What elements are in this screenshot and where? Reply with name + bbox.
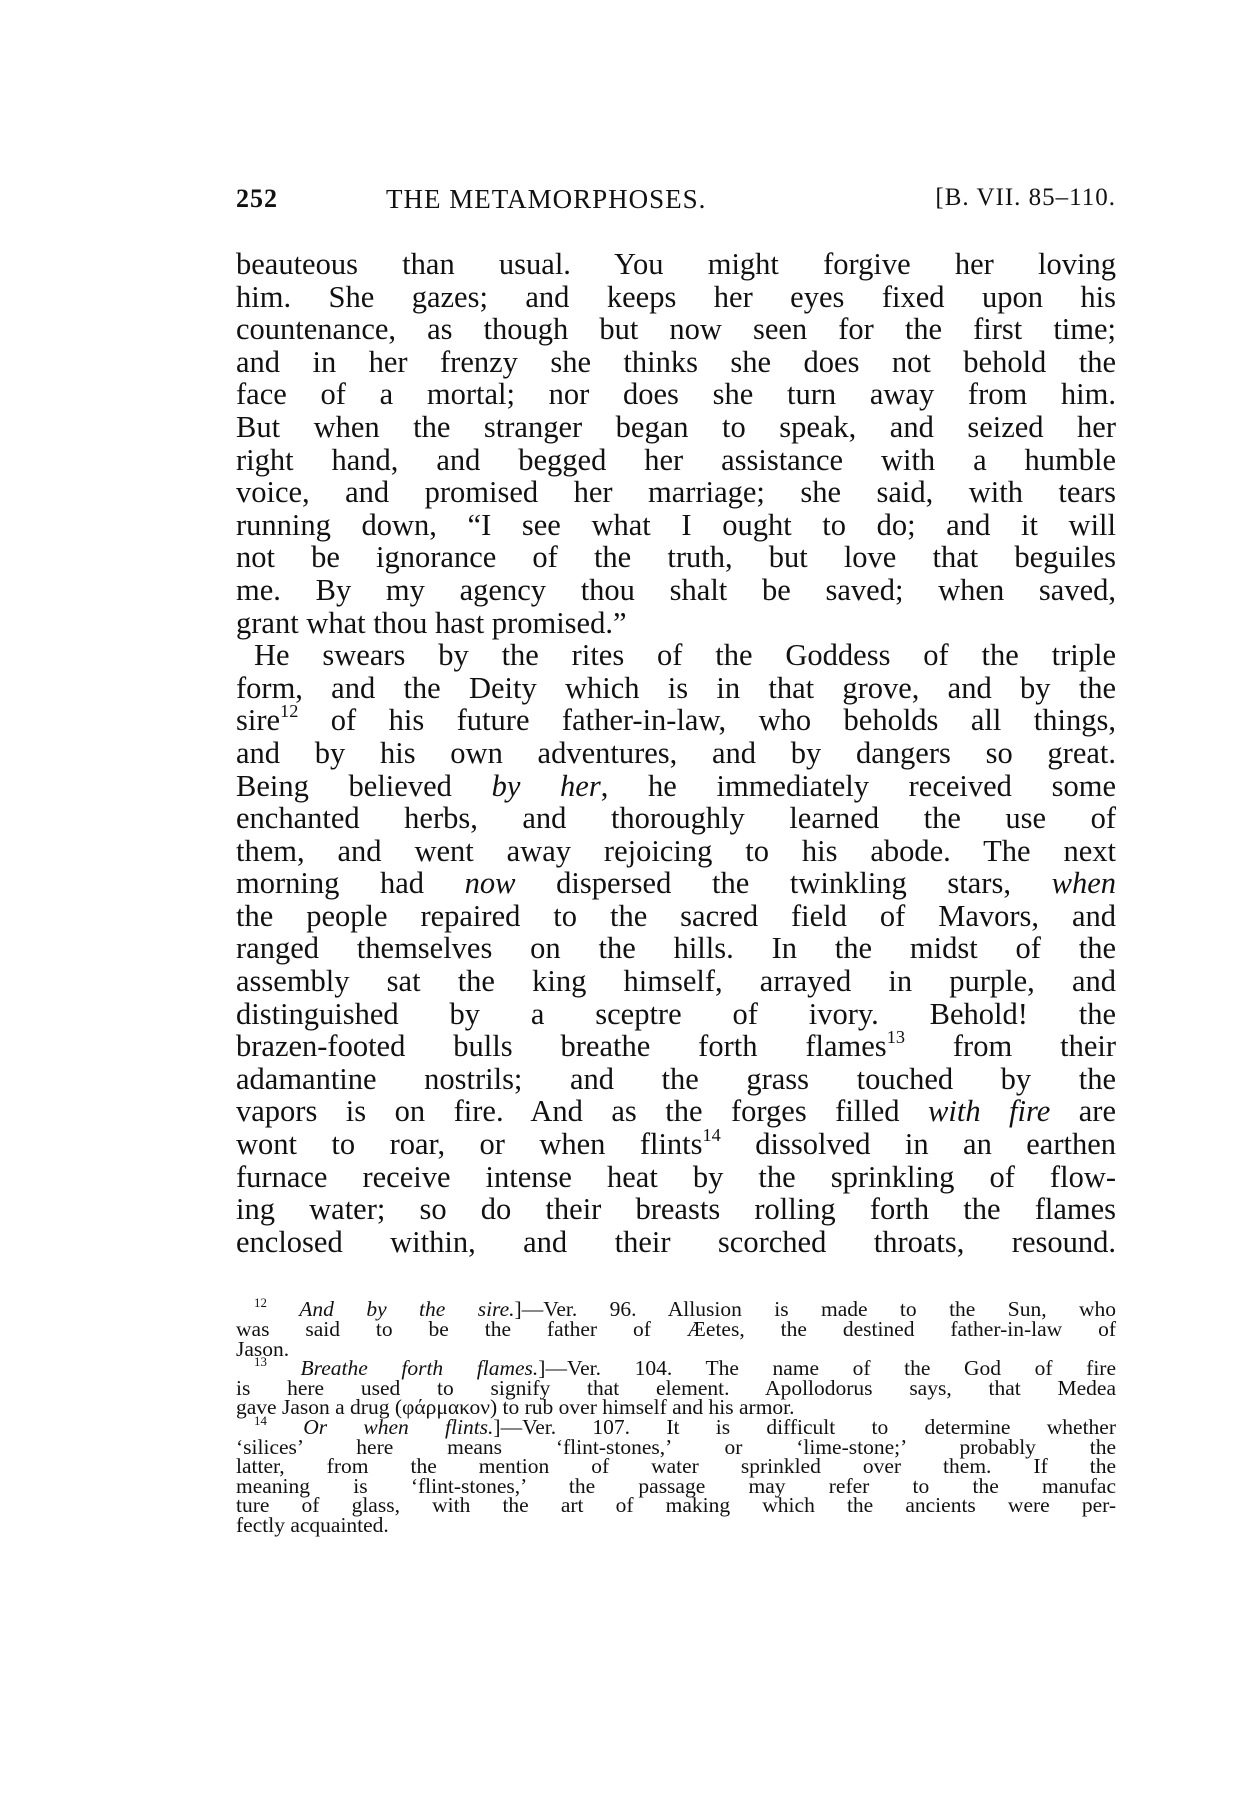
body-line: voice, and promised her marriage; she sa… <box>236 476 1116 509</box>
text-run: from their <box>905 1029 1116 1063</box>
footnote-line: was said to be the father of Æetes, the … <box>236 1320 1116 1340</box>
text-run: brazen-footed bulls breathe forth flames <box>236 1029 887 1063</box>
body-line: and in her frenzy she thinks she does no… <box>236 346 1116 379</box>
body-line: But when the stranger began to speak, an… <box>236 411 1116 444</box>
body-line: sire12 of his future father-in-law, who … <box>236 704 1116 737</box>
body-line: morning had now dispersed the twinkling … <box>236 867 1116 900</box>
body-line: ing water; so do their breasts rolling f… <box>236 1193 1116 1226</box>
body-line: brazen-footed bulls breathe forth flames… <box>236 1030 1116 1063</box>
body-line: beauteous than usual. You might forgive … <box>236 248 1116 281</box>
footnote-number: 12 <box>254 1296 267 1310</box>
text-run: Being believed <box>236 769 492 803</box>
italic-run: now <box>465 866 516 900</box>
text-run: sire <box>236 703 280 737</box>
text-run: , he immediately received some <box>601 769 1116 803</box>
body-line: the people repaired to the sacred field … <box>236 900 1116 933</box>
body-line: distinguished by a sceptre of ivory. Beh… <box>236 998 1116 1031</box>
footnote-ref-14[interactable]: 14 <box>703 1125 721 1145</box>
body-line: ranged themselves on the hills. In the m… <box>236 932 1116 965</box>
body-line: enchanted herbs, and thoroughly learned … <box>236 802 1116 835</box>
italic-run: by her <box>492 769 601 803</box>
footnote-line: fectly acquainted. <box>236 1516 1116 1536</box>
body-line: assembly sat the king himself, arrayed i… <box>236 965 1116 998</box>
book-page: 252 THE METAMORPHOSES. [B. VII. 85–110. … <box>236 170 1116 1536</box>
body-line: countenance, as though but now seen for … <box>236 313 1116 346</box>
body-line: not be ignorance of the truth, but love … <box>236 541 1116 574</box>
footnote-13: 13 Breathe forth flames.]—Ver. 104. The … <box>236 1359 1116 1418</box>
running-head: 252 THE METAMORPHOSES. [B. VII. 85–110. <box>236 170 1116 220</box>
body-line: furnace receive intense heat by the spri… <box>236 1161 1116 1194</box>
body-line: vapors is on fire. And as the forges fil… <box>236 1095 1116 1128</box>
text-run: of his future father-in-law, who beholds… <box>298 703 1116 737</box>
body-line: Being believed by her, he immediately re… <box>236 770 1116 803</box>
paragraph-start-line: He swears by the rites of the Goddess of… <box>236 639 1116 672</box>
footnote-ref-12[interactable]: 12 <box>280 702 298 722</box>
body-line: him. She gazes; and keeps her eyes fixed… <box>236 281 1116 314</box>
body-line: right hand, and begged her assistance wi… <box>236 444 1116 477</box>
running-title: THE METAMORPHOSES. <box>386 184 706 215</box>
body-line: wont to roar, or when flints14 dissolved… <box>236 1128 1116 1161</box>
body-line: face of a mortal; nor does she turn away… <box>236 378 1116 411</box>
body-line: and by his own adventures, and by danger… <box>236 737 1116 770</box>
book-verse-range: [B. VII. 85–110. <box>935 184 1116 212</box>
text-run: are <box>1050 1094 1116 1128</box>
footnote-12: 12 And by the sire.]—Ver. 96. Allusion i… <box>236 1300 1116 1359</box>
page-number: 252 <box>236 184 278 214</box>
footnote-number: 13 <box>254 1355 267 1369</box>
body-line: adamantine nostrils; and the grass touch… <box>236 1063 1116 1096</box>
body-line: grant what thou hast promised.” <box>236 607 1116 640</box>
text-run: dissolved in an earthen <box>721 1127 1116 1161</box>
footnote-14: 14 Or when flints.]—Ver. 107. It is diff… <box>236 1418 1116 1536</box>
text-run: morning had <box>236 866 465 900</box>
italic-run: with fire <box>928 1094 1050 1128</box>
footnote-number: 14 <box>254 1414 267 1428</box>
body-line: running down, “I see what I ought to do;… <box>236 509 1116 542</box>
text-run: dispersed the twinkling stars, <box>516 866 1052 900</box>
body-line: enclosed within, and their scorched thro… <box>236 1226 1116 1259</box>
body-line: me. By my agency thou shalt be saved; wh… <box>236 574 1116 607</box>
footnote-ref-13[interactable]: 13 <box>887 1027 905 1047</box>
text-run: vapors is on fire. And as the forges fil… <box>236 1094 928 1128</box>
body-text: beauteous than usual. You might forgive … <box>236 248 1116 1258</box>
body-line: them, and went away rejoicing to his abo… <box>236 835 1116 868</box>
text-run: wont to roar, or when flints <box>236 1127 703 1161</box>
footnotes: 12 And by the sire.]—Ver. 96. Allusion i… <box>236 1300 1116 1535</box>
italic-run: when <box>1052 866 1116 900</box>
body-line: form, and the Deity which is in that gro… <box>236 672 1116 705</box>
